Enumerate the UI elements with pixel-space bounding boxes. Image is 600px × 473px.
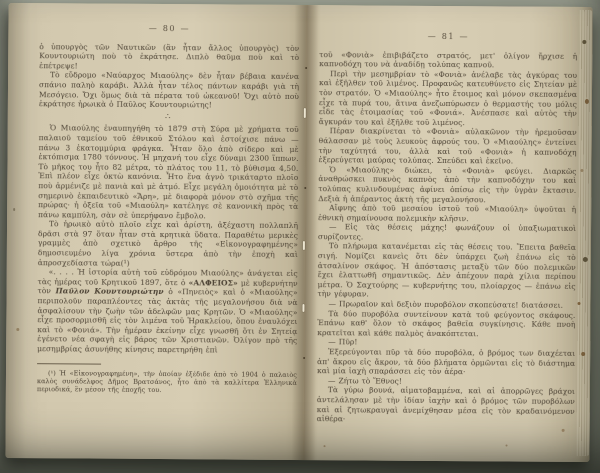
- text-run: Τὸ ἡρωικὸ αὐτὸ πλοῖο εἶχε καὶ ἀρίστη, ἀξ…: [38, 220, 298, 268]
- binding-hole: [305, 67, 307, 69]
- binding-hole: [303, 357, 305, 359]
- text-run: (¹) Ἡ «Εἰκονογραφημένη», τὴν ὁποίαν ἐξέδ…: [37, 369, 297, 394]
- foxing-spot: [581, 352, 585, 356]
- paragraph: Ἐξερεύγονται πῦρ τὰ δύο πυροβόλα, ὁ βρόμ…: [317, 347, 575, 378]
- text-run: Τὸ εὔδρομο «Ναύαρχος Μιαούλης» δὲν ἦταν …: [39, 71, 299, 110]
- text-run: ∴: [165, 112, 172, 122]
- foxing-spot: [506, 444, 508, 446]
- binding-hole: [304, 187, 306, 189]
- text-run: Τὰ δύο πυροβόλα συντείνουν κατὰ τοῦ φεύγ…: [317, 309, 575, 338]
- asterism-separator: ∴: [39, 112, 299, 123]
- open-book: — 80 — ὁ ὑπουργὸς τῶν Ναυτικῶν (ἂν ἦταν …: [5, 3, 592, 462]
- stitch-thread: [303, 241, 305, 250]
- page-right-content: — 81 — τοῦ «Φονιὰ» ἐπιβιβάζετο στρατός, …: [317, 31, 578, 426]
- foxing-spot: [582, 40, 586, 44]
- text-run: — Ζήτω τὸ Ἔθνος!: [328, 376, 402, 386]
- paragraph: Τὰ γύρω βουνά, αἱματοβαμμένα, καὶ αἱ ἀπο…: [317, 386, 575, 426]
- paragraph: Περὶ τὴν μεσημβρίαν τὸ «Φονιὰ» ἀνέλαβε τ…: [319, 69, 577, 128]
- page-right-text: τοῦ «Φονιὰ» ἐπιβιβάζετο στρατός, μετ' ὀλ…: [317, 50, 578, 426]
- book-photo: — 80 — ὁ ὑπουργὸς τῶν Ναυτικῶν (ἂν ἦταν …: [0, 0, 600, 473]
- page-left-content: — 80 — ὁ ὑπουργὸς τῶν Ναυτικῶν (ἂν ἦταν …: [37, 23, 300, 395]
- paragraph: Αἴφνης ἀπὸ τοῦ μεσαίου ἱστοῦ τοῦ «Μιαούλ…: [318, 203, 576, 224]
- foxing-spot: [578, 302, 581, 305]
- text-run: Παῦλον Κουντουριώτην: [56, 287, 164, 297]
- text-run: — Εἰς τὰς θέσεις μάχης! φωνάζουν οἱ ὑπαξ…: [318, 222, 576, 241]
- foxing-spot: [562, 429, 565, 432]
- dialogue-line: — Εἰς τὰς θέσεις μάχης! φωνάζουν οἱ ὑπαξ…: [318, 222, 576, 243]
- text-run: Ὁ «Μιαούλης» διώκει, τὸ «Φονιὰ» φεύγει. …: [318, 165, 576, 204]
- text-run: τοῦ «Φονιὰ» ἐπιβιβάζετο στρατός, μετ' ὀλ…: [319, 50, 577, 70]
- paragraph: τοῦ «Φονιὰ» ἐπιβιβάζετο στρατός, μετ' ὀλ…: [319, 50, 577, 71]
- paragraph: (¹) Ἡ «Εἰκονογραφημένη», τὴν ὁποίαν ἐξέδ…: [37, 369, 297, 395]
- stitch-thread: [304, 108, 306, 118]
- paragraph: ὁ ὑπουργὸς τῶν Ναυτικῶν (ἂν ἦταν ἄλλος ὑ…: [39, 42, 299, 73]
- foxing-spot: [583, 257, 588, 262]
- text-run: «ΑΛΦΕΙΟΣ»: [189, 278, 238, 287]
- page-left-text: ὁ ὑπουργὸς τῶν Ναυτικῶν (ἂν ἦταν ἄλλος ὑ…: [37, 42, 299, 356]
- foxing-spot: [580, 169, 583, 172]
- text-run: Ἐξερεύγονται πῦρ τὰ δύο πυροβόλα, ὁ βρόμ…: [317, 347, 575, 376]
- text-run: ὁ ὑπουργὸς τῶν Ναυτικῶν (ἂν ἦταν ἄλλος ὑ…: [39, 42, 299, 70]
- text-run: Ὁ Μιαούλης ἐναυπηγήθη τὸ 1879 στὴ Σύρα μ…: [38, 124, 299, 220]
- page-number-left: — 80 —: [39, 23, 299, 34]
- paragraph: Τὸ πλήρωμα κατανέμεται εἰς τὰς θέσεις το…: [318, 242, 576, 301]
- text-run: Περὶ τὴν μεσημβρίαν τὸ «Φονιὰ» ἀνέλαβε τ…: [319, 69, 577, 127]
- page-number-right: — 81 —: [319, 31, 577, 42]
- text-run: ὁ «Πηνειὸς» καὶ ὁ «Μιαούλης» περιπολοῦν …: [37, 287, 297, 354]
- stitch-thread: [302, 304, 304, 312]
- text-run: Τὸ πλήρωμα κατανέμεται εἰς τὰς θέσεις το…: [318, 242, 576, 299]
- text-run: — Πῦρ!: [328, 338, 357, 347]
- foxing-spot: [13, 208, 15, 211]
- paragraph: Τὸ ἡρωικὸ αὐτὸ πλοῖο εἶχε καὶ ἀρίστη, ἀξ…: [38, 219, 298, 269]
- text-run: Πέραν διακρίνεται τὸ «Φονιὰ» αὐλακῶνον τ…: [318, 127, 576, 166]
- foxing-spot: [324, 445, 326, 447]
- page-edge-stack: [576, 10, 592, 456]
- foxing-spot: [585, 99, 589, 104]
- paragraph: Ὁ «Μιαούλης» διώκει, τὸ «Φονιὰ» φεύγει. …: [318, 165, 576, 205]
- paragraph: Πέραν διακρίνεται τὸ «Φονιὰ» αὐλακῶνον τ…: [318, 126, 576, 166]
- paragraph: Τὸ εὔδρομο «Ναύαρχος Μιαούλης» δὲν ἦταν …: [39, 71, 299, 111]
- text-run: Αἴφνης ἀπὸ τοῦ μεσαίου ἱστοῦ τοῦ «Μιαούλ…: [318, 203, 576, 223]
- text-run: Τὰ γύρω βουνά, αἱματοβαμμένα, καὶ αἱ ἀπο…: [317, 386, 575, 424]
- paragraph: «. . . . Ἡ ἱστορία αὐτὴ τοῦ εὐδρόμου Μια…: [37, 267, 298, 355]
- paragraph: Τὰ δύο πυροβόλα συντείνουν κατὰ τοῦ φεύγ…: [317, 309, 575, 340]
- foxing-spot: [16, 328, 19, 331]
- footnote-text: (¹) Ἡ «Εἰκονογραφημένη», τὴν ὁποίαν ἐξέδ…: [37, 369, 297, 395]
- footnote-divider: [37, 363, 101, 364]
- paragraph: Ὁ Μιαούλης ἐναυπηγήθη τὸ 1879 στὴ Σύρα μ…: [38, 124, 299, 222]
